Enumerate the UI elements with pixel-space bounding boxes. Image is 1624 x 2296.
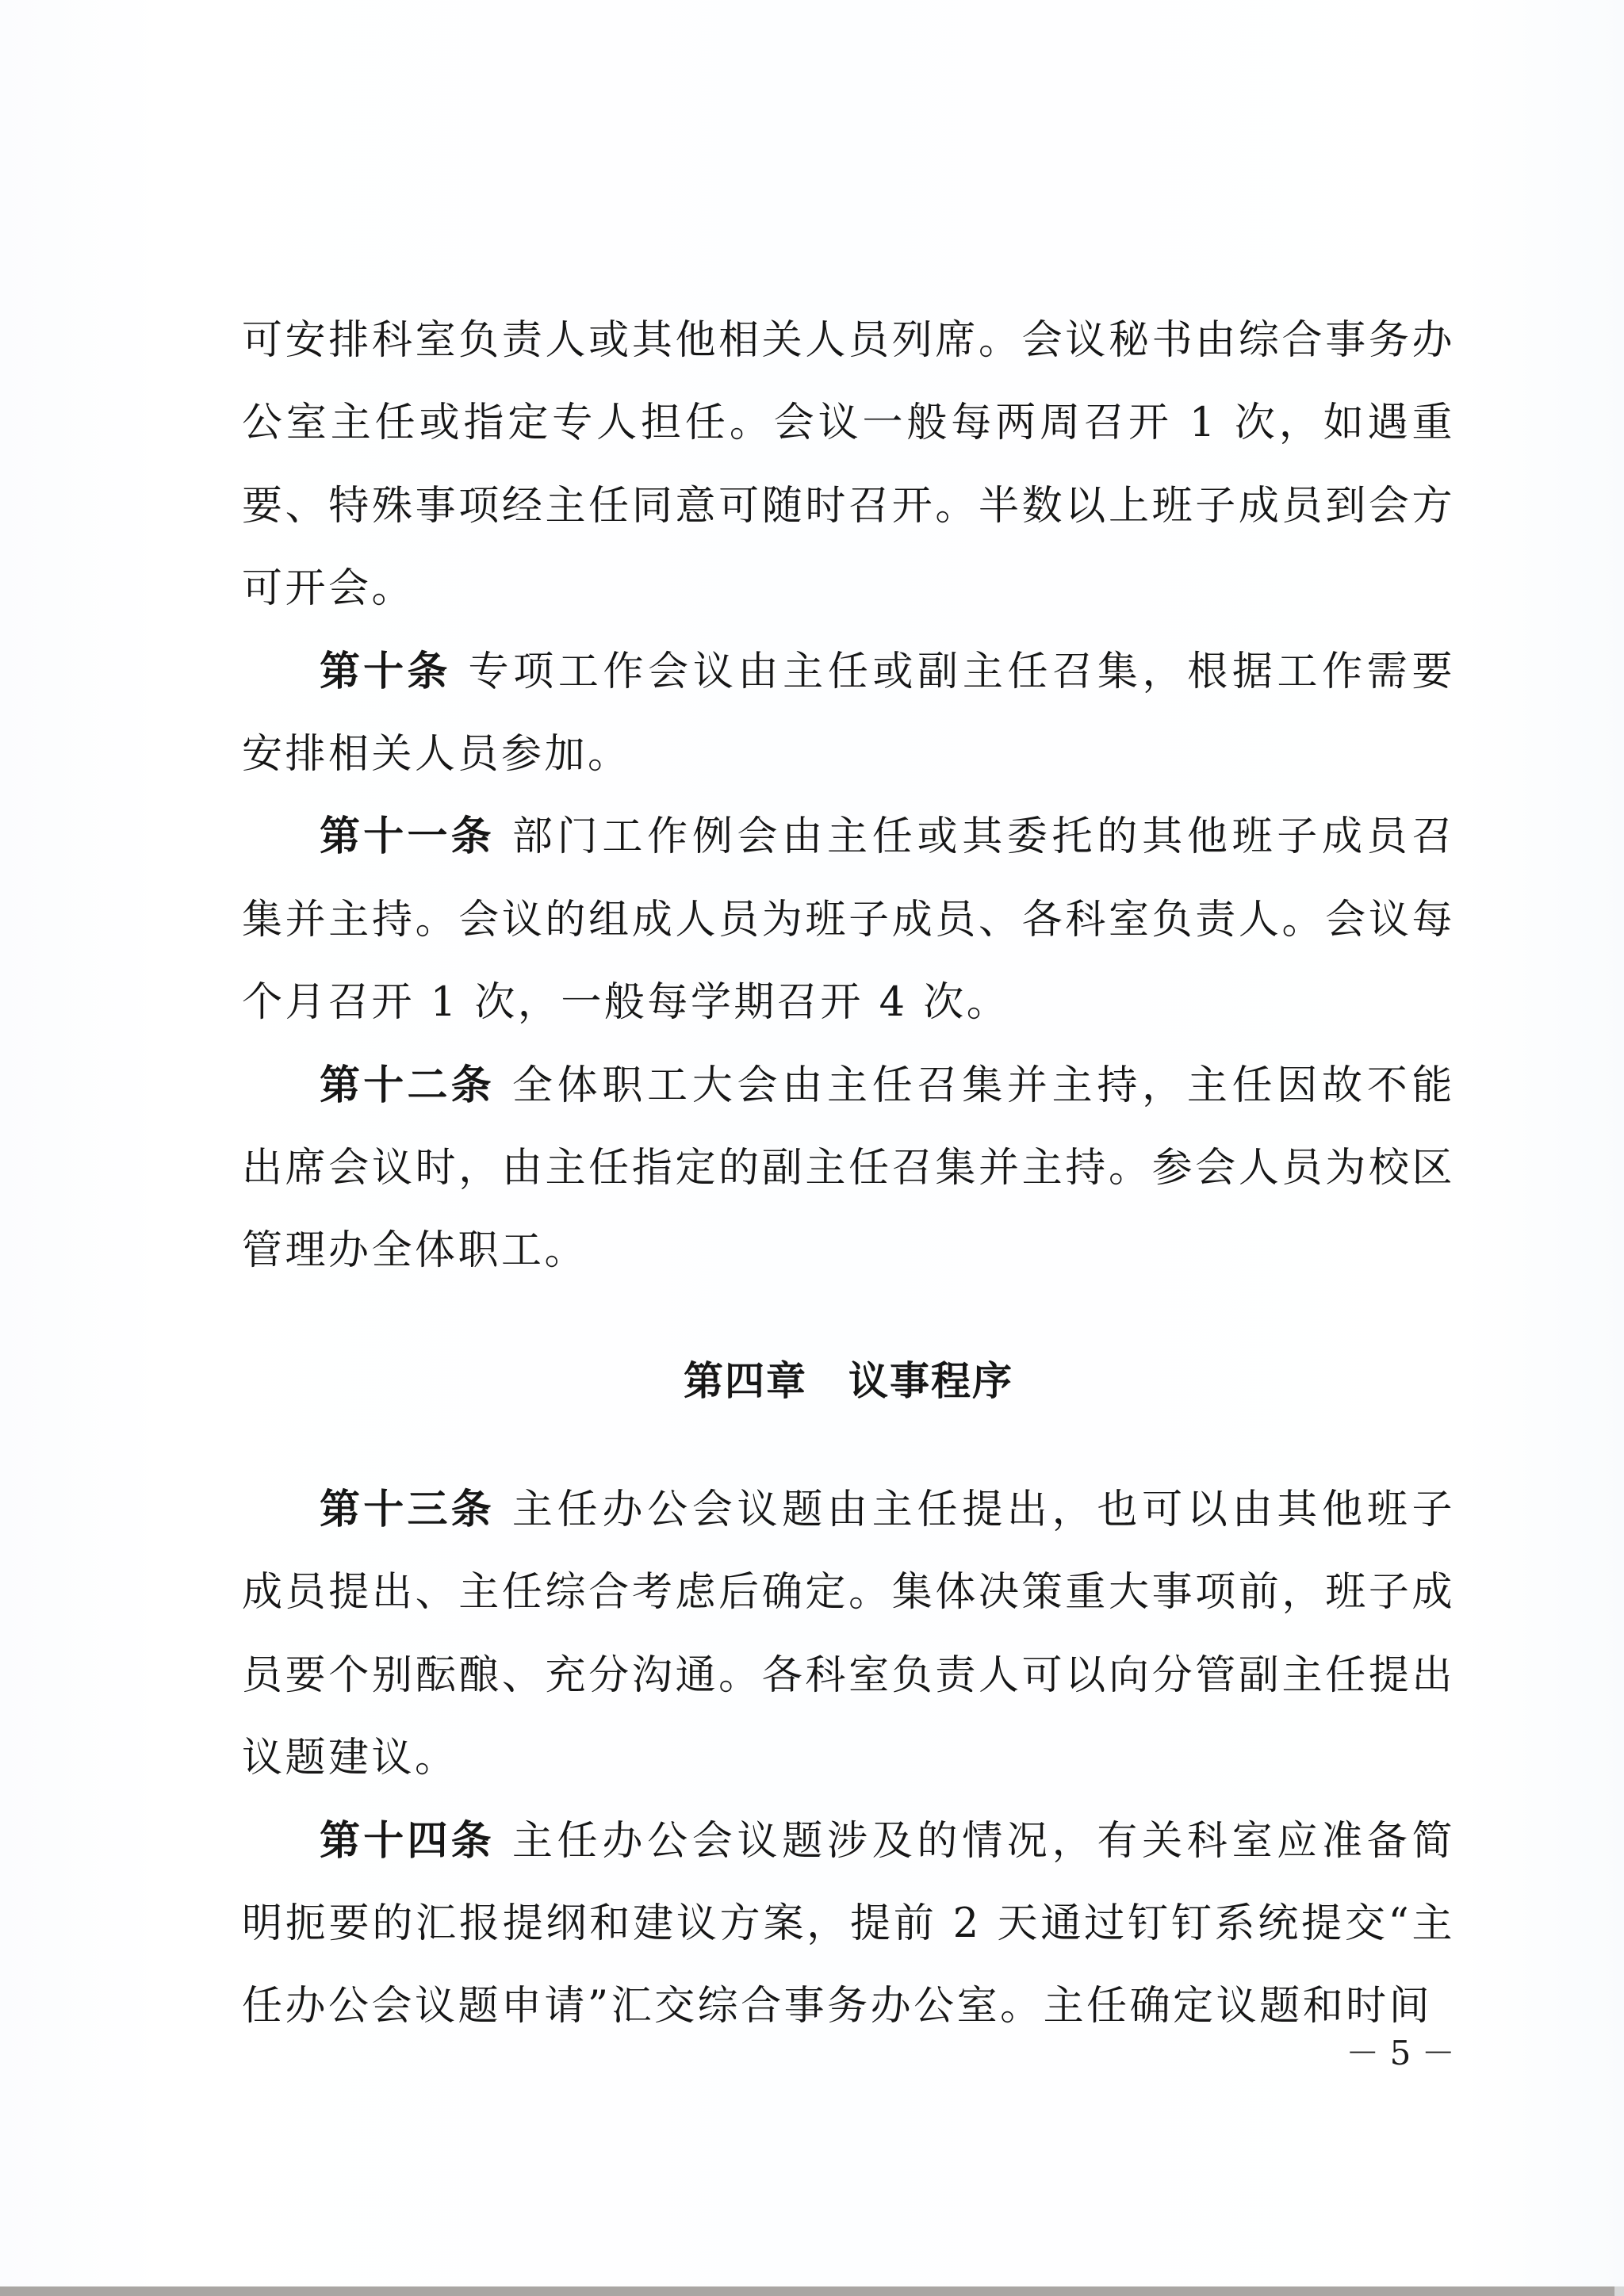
chapter-title: 第四章 议事程序 [242, 1284, 1455, 1479]
paragraph-article-10: 第十条专项工作会议由主任或副主任召集，根据工作需要安排相关人员参加。 [242, 631, 1455, 797]
scanner-edge-corner [1614, 2286, 1624, 2296]
article-label: 第十二条 [320, 1062, 495, 1109]
paragraph-article-9-continued: 可安排科室负责人或其他相关人员列席。会议秘书由综合事务办公室主任或指定专人担任。… [242, 300, 1455, 631]
document-page: 可安排科室负责人或其他相关人员列席。会议秘书由综合事务办公室主任或指定专人担任。… [0, 0, 1624, 2286]
document-body: 可安排科室负责人或其他相关人员列席。会议秘书由综合事务办公室主任或指定专人担任。… [242, 300, 1455, 2049]
page-number: － 5 － [1345, 2030, 1456, 2077]
article-label: 第十四条 [320, 1818, 495, 1865]
scanner-edge-strip [0, 2286, 1624, 2296]
article-label: 第十条 [320, 649, 451, 695]
paragraph-article-14: 第十四条主任办公会议题涉及的情况，有关科室应准备简明扼要的汇报提纲和建议方案，提… [242, 1800, 1455, 2049]
paragraph-article-12: 第十二条全体职工大会由主任召集并主持，主任因故不能出席会议时，由主任指定的副主任… [242, 1045, 1455, 1293]
paragraph-article-11: 第十一条部门工作例会由主任或其委托的其他班子成员召集并主持。会议的组成人员为班子… [242, 796, 1455, 1044]
article-label: 第十三条 [320, 1487, 495, 1533]
article-label: 第十一条 [320, 813, 495, 860]
paragraph-text: 可安排科室负责人或其他相关人员列席。会议秘书由综合事务办公室主任或指定专人担任。… [242, 317, 1455, 612]
paragraph-article-13: 第十三条主任办公会议题由主任提出，也可以由其他班子成员提出、主任综合考虑后确定。… [242, 1469, 1455, 1800]
